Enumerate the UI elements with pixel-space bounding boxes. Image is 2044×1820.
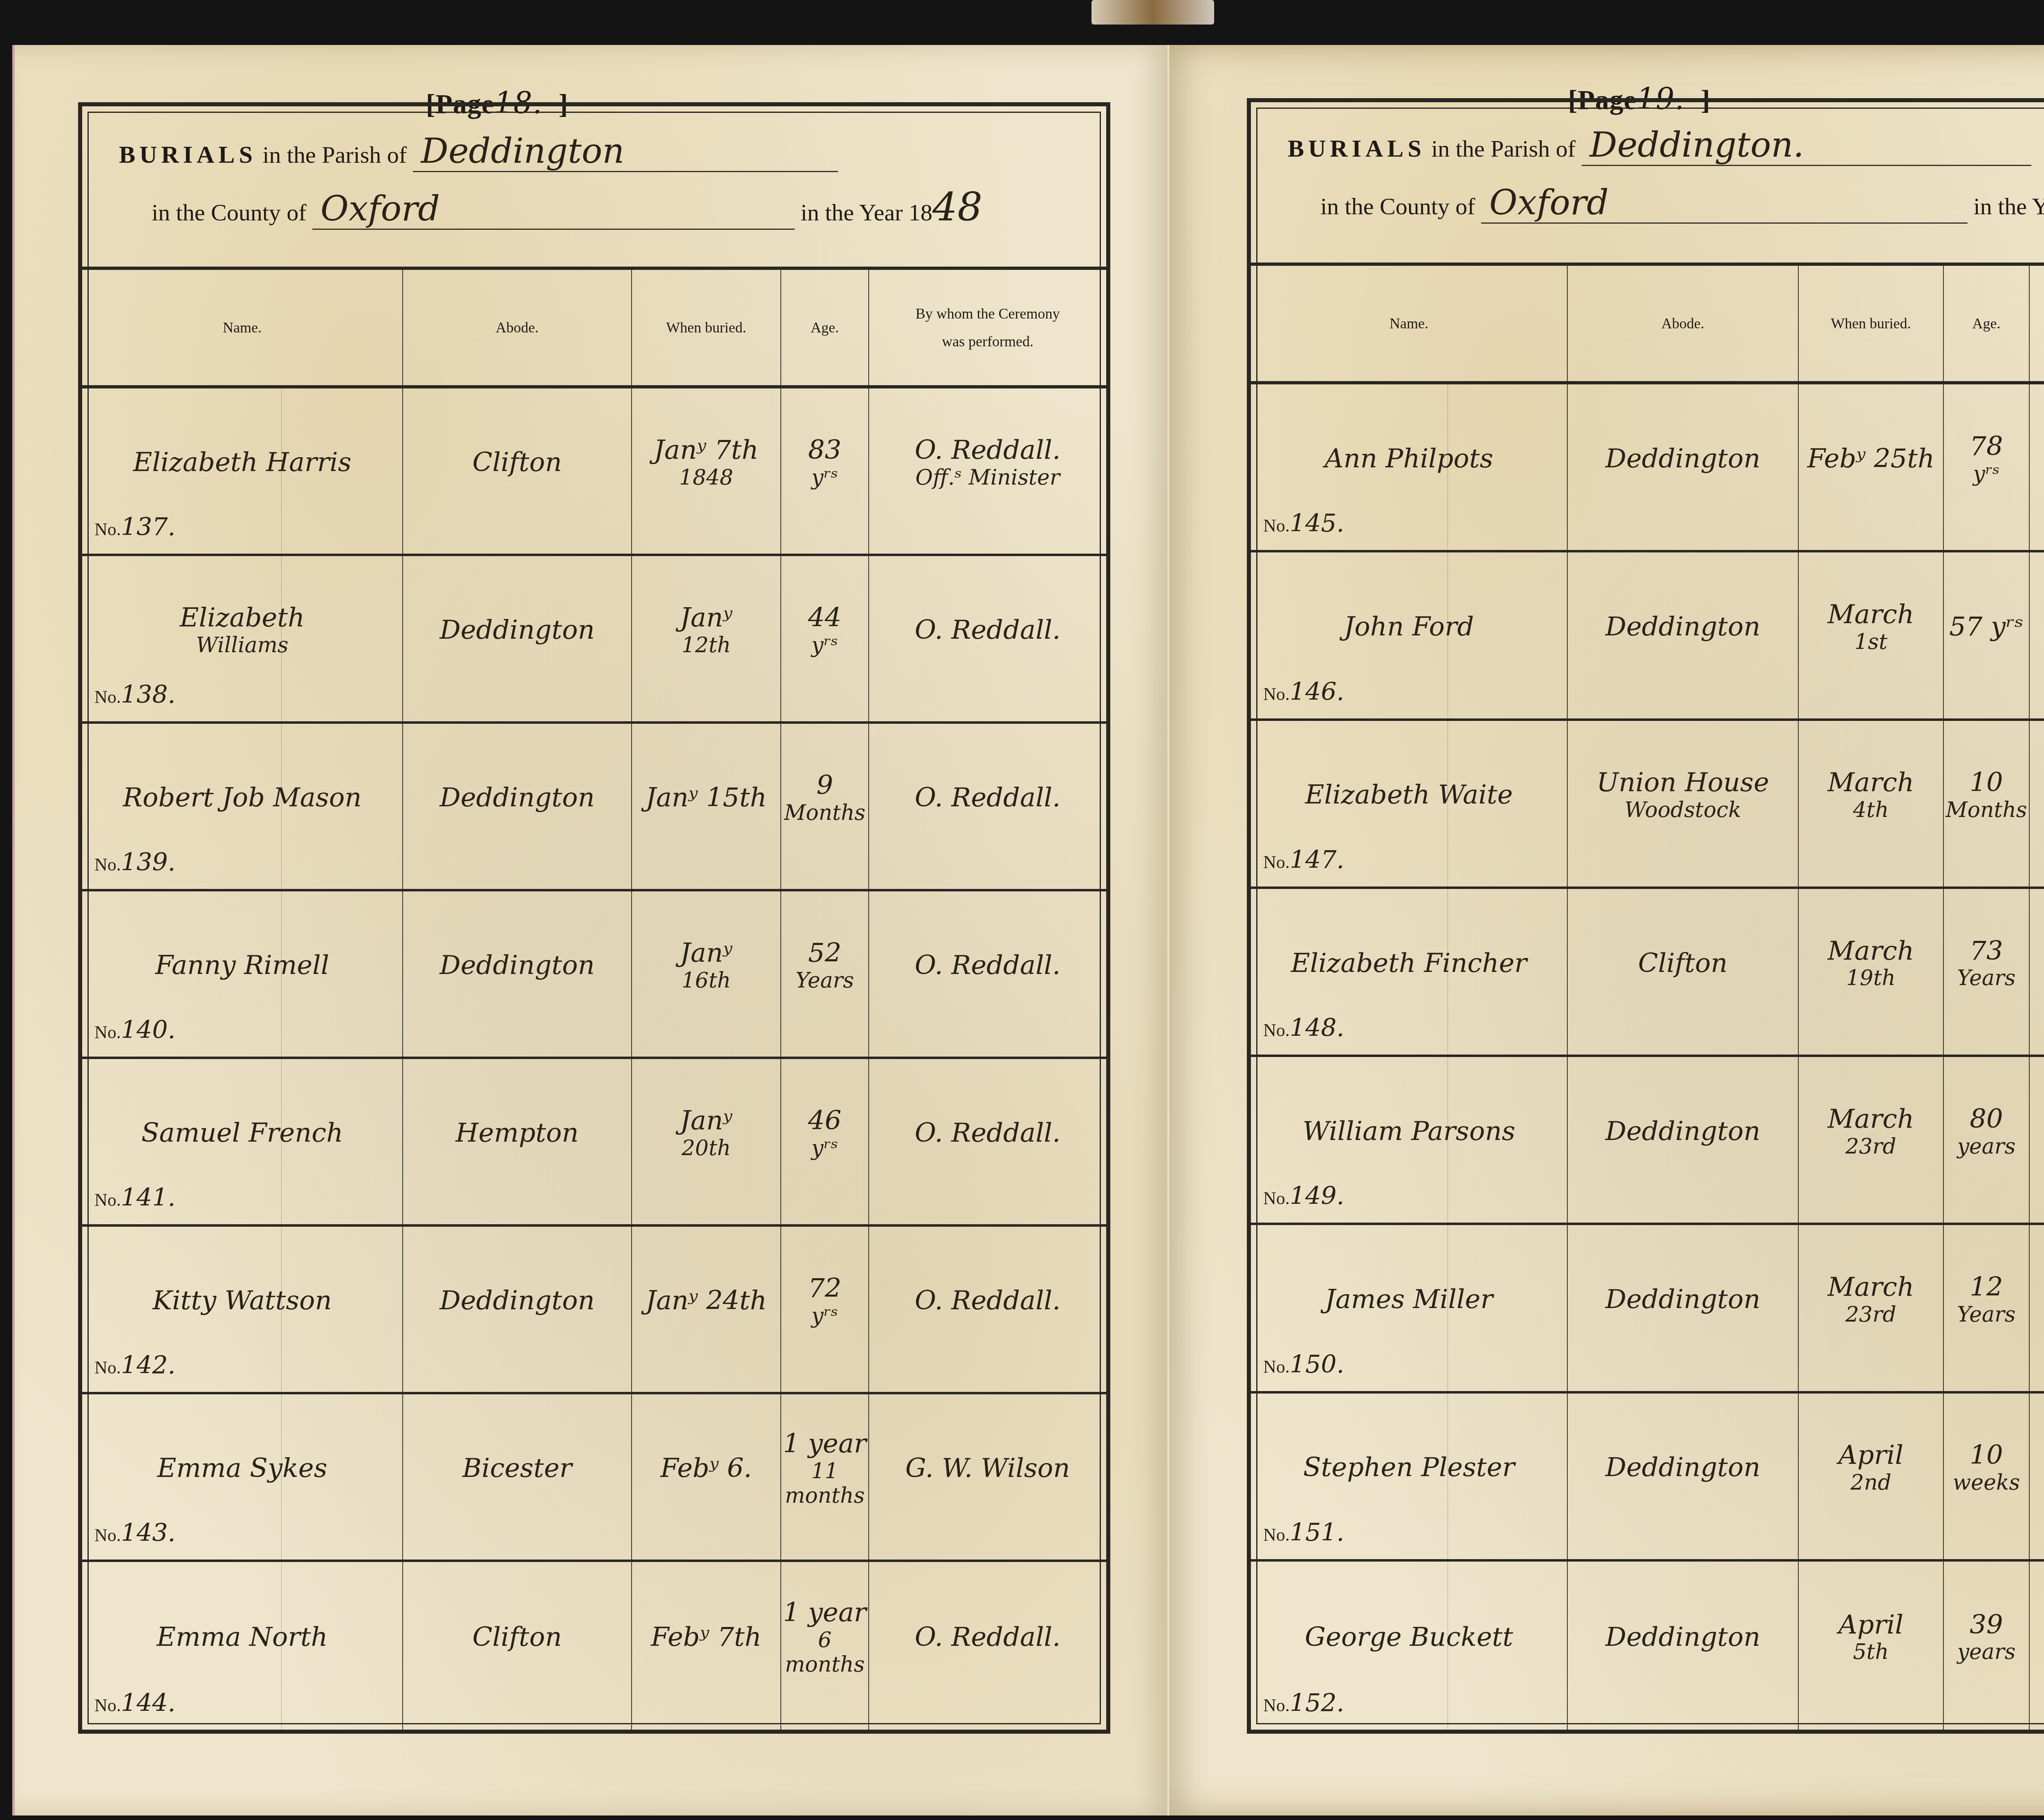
when-buried-cell: Febʸ 6. <box>632 1394 781 1560</box>
abode-cell: Deddington <box>403 1227 632 1392</box>
entry-number: No.141. <box>94 1184 175 1212</box>
burial-register-table: BURIALS in the Parish of Deddington in t… <box>78 102 1110 1734</box>
age-cell: 72yʳˢ <box>781 1227 869 1392</box>
column-header-age: Age. <box>1944 266 2030 381</box>
name-cell: Ann PhilpotsNo.145. <box>1251 384 1568 550</box>
table-row: Fanny RimellNo.140.DeddingtonJanʸ16th52Y… <box>82 891 1106 1059</box>
column-header-name: Name. <box>82 270 403 385</box>
parish-field: Deddington <box>413 131 838 172</box>
when-buried-cell: Janʸ 24th <box>632 1227 781 1392</box>
abode-cell: Clifton <box>403 388 632 554</box>
burials-heading: BURIALS <box>119 141 257 168</box>
column-headers: Name. Abode. When buried. Age. By whom t… <box>1251 266 2044 384</box>
table-row: Kitty WattsonNo.142.DeddingtonJanʸ 24th7… <box>82 1227 1106 1394</box>
burial-register-table: BURIALS in the Parish of Deddington. in … <box>1247 98 2044 1734</box>
table-row: Elizabeth WaiteNo.147.Union HouseWoodsto… <box>1251 721 2044 889</box>
faint-column-rule <box>281 724 282 889</box>
abode-cell: Deddington <box>1568 1562 1799 1730</box>
abode-cell: Deddington <box>403 891 632 1057</box>
when-buried-cell: April2nd <box>1799 1394 1944 1559</box>
column-header-abode: Abode. <box>1568 266 1799 381</box>
faint-column-rule <box>1448 1225 1448 1391</box>
table-row: Samuel FrenchNo.141.HemptonJanʸ20th46yʳˢ… <box>82 1059 1106 1227</box>
column-header-age: Age. <box>781 270 869 385</box>
column-header-when-buried: When buried. <box>632 270 781 385</box>
faint-column-rule <box>281 1227 282 1392</box>
table-row: William ParsonsNo.149.DeddingtonMarch23r… <box>1251 1057 2044 1225</box>
when-buried-cell: Janʸ20th <box>632 1059 781 1224</box>
when-buried-cell: Janʸ12th <box>632 556 781 721</box>
table-row: ElizabethWilliamsNo.138.DeddingtonJanʸ12… <box>82 556 1106 724</box>
abode-cell: Hempton <box>403 1059 632 1224</box>
faint-column-rule <box>1448 384 1448 550</box>
table-row: Ann PhilpotsNo.145.DeddingtonFebʸ 25th78… <box>1251 384 2044 552</box>
officiant-cell: O. Reddall. <box>869 891 1106 1057</box>
when-buried-cell: March23rd <box>1799 1225 1944 1391</box>
faint-column-rule <box>281 388 282 554</box>
table-row: Stephen PlesterNo.151.DeddingtonApril2nd… <box>1251 1394 2044 1562</box>
age-cell: 80years <box>1944 1057 2030 1223</box>
officiant-cell: J. Wenham <box>2030 1225 2044 1391</box>
age-cell: 9Months <box>781 724 869 889</box>
entry-number: No.146. <box>1263 678 1344 706</box>
faint-column-rule <box>1448 1394 1448 1559</box>
officiant-cell: J. Wenham <box>2030 721 2044 886</box>
faint-column-rule <box>1448 1057 1448 1223</box>
name-cell: Kitty WattsonNo.142. <box>82 1227 403 1392</box>
name-cell: Elizabeth FincherNo.148. <box>1251 889 1568 1055</box>
officiant-cell: O. Reddall.Off.ˢ Minister <box>2030 384 2044 550</box>
officiant-cell: O. Reddall. <box>869 1059 1106 1224</box>
entries: Ann PhilpotsNo.145.DeddingtonFebʸ 25th78… <box>1251 384 2044 1730</box>
abode-cell: Clifton <box>403 1562 632 1730</box>
faint-column-rule <box>281 1562 282 1730</box>
when-buried-cell: Janʸ16th <box>632 891 781 1057</box>
name-cell: ElizabethWilliamsNo.138. <box>82 556 403 721</box>
age-cell: 39years <box>1944 1562 2030 1730</box>
age-cell: 10weeks <box>1944 1394 2030 1559</box>
when-buried-cell: April5th <box>1799 1562 1944 1730</box>
county-field: Oxford <box>1481 182 1968 224</box>
age-cell: 57 yʳˢ <box>1944 552 2030 718</box>
abode-cell: Bicester <box>403 1394 632 1560</box>
when-buried-cell: March1st <box>1799 552 1944 718</box>
abode-cell: Deddington <box>403 556 632 721</box>
name-cell: William ParsonsNo.149. <box>1251 1057 1568 1223</box>
age-cell: 1 year11 months <box>781 1394 869 1560</box>
faint-column-rule <box>281 556 282 721</box>
entry-number: No.144. <box>94 1689 175 1717</box>
entry-number: No.139. <box>94 848 175 877</box>
column-header-when-buried: When buried. <box>1799 266 1944 381</box>
column-header-officiant: By whom the Ceremony was performed. <box>869 270 1106 385</box>
table-row: Elizabeth FincherNo.148.CliftonMarch19th… <box>1251 889 2044 1057</box>
entry-number: No.147. <box>1263 846 1344 874</box>
entry-number: No.148. <box>1263 1014 1344 1042</box>
when-buried-cell: March23rd <box>1799 1057 1944 1223</box>
officiant-cell: J. Wenham <box>2030 889 2044 1055</box>
when-buried-cell: Febʸ 25th <box>1799 384 1944 550</box>
officiant-cell: O. Reddall. <box>869 724 1106 889</box>
column-header-name: Name. <box>1251 266 1568 381</box>
age-cell: 73Years <box>1944 889 2030 1055</box>
name-cell: George BuckettNo.152. <box>1251 1562 1568 1730</box>
table-row: Emma NorthNo.144.CliftonFebʸ 7th1 year6 … <box>82 1562 1106 1730</box>
name-cell: James MillerNo.150. <box>1251 1225 1568 1391</box>
table-row: Emma SykesNo.143.BicesterFebʸ 6.1 year11… <box>82 1394 1106 1562</box>
name-cell: Elizabeth HarrisNo.137. <box>82 388 403 554</box>
entry-number: No.145. <box>1263 509 1344 538</box>
name-cell: Emma SykesNo.143. <box>82 1394 403 1560</box>
entry-number: No.149. <box>1263 1182 1344 1210</box>
name-cell: Robert Job MasonNo.139. <box>82 724 403 889</box>
register-title: BURIALS in the Parish of Deddington. in … <box>1251 102 2044 266</box>
entry-number: No.137. <box>94 513 175 541</box>
age-cell: 10Months <box>1944 721 2030 886</box>
officiant-cell: J. Wenham <box>2030 1057 2044 1223</box>
abode-cell: Union HouseWoodstock <box>1568 721 1799 886</box>
officiant-cell: O. Reddall. <box>869 556 1106 721</box>
name-cell: Stephen PlesterNo.151. <box>1251 1394 1568 1559</box>
name-cell: Elizabeth WaiteNo.147. <box>1251 721 1568 886</box>
right-page: [Page19.] BURIALS in the Parish of Deddi… <box>1169 45 2044 1816</box>
officiant-cell: J. WenhamOff. Min. <box>2030 552 2044 718</box>
age-cell: 78yʳˢ <box>1944 384 2030 550</box>
name-cell: Fanny RimellNo.140. <box>82 891 403 1057</box>
faint-column-rule <box>1448 552 1448 718</box>
faint-column-rule <box>1448 889 1448 1055</box>
when-buried-cell: March4th <box>1799 721 1944 886</box>
column-header-officiant: By whom the Ceremony was performed. <box>2030 266 2044 381</box>
name-cell: Samuel FrenchNo.141. <box>82 1059 403 1224</box>
officiant-cell: O. Reddall. <box>869 1562 1106 1730</box>
age-cell: 46yʳˢ <box>781 1059 869 1224</box>
age-cell: 52Years <box>781 891 869 1057</box>
age-cell: 1 year6 months <box>781 1562 869 1730</box>
officiant-cell: O. Reddall. <box>869 1227 1106 1392</box>
book-binding <box>1091 0 1214 25</box>
when-buried-cell: Janʸ 7th1848 <box>632 388 781 554</box>
officiant-cell: G. W. Wilson <box>869 1394 1106 1560</box>
entries: Elizabeth HarrisNo.137.CliftonJanʸ 7th18… <box>82 388 1106 1730</box>
abode-cell: Deddington <box>1568 1057 1799 1223</box>
abode-cell: Deddington <box>1568 1225 1799 1391</box>
officiant-cell: J. Wenham <box>2030 1562 2044 1730</box>
table-row: George BuckettNo.152.DeddingtonApril5th3… <box>1251 1562 2044 1730</box>
entry-number: No.150. <box>1263 1351 1344 1379</box>
abode-cell: Deddington <box>1568 552 1799 718</box>
faint-column-rule <box>1448 1562 1448 1730</box>
age-cell: 83yʳˢ <box>781 388 869 554</box>
age-cell: 44yʳˢ <box>781 556 869 721</box>
name-cell: John FordNo.146. <box>1251 552 1568 718</box>
abode-cell: Deddington <box>403 724 632 889</box>
faint-column-rule <box>281 891 282 1057</box>
faint-column-rule <box>281 1394 282 1560</box>
age-cell: 12Years <box>1944 1225 2030 1391</box>
column-headers: Name. Abode. When buried. Age. By whom t… <box>82 270 1106 388</box>
abode-cell: Deddington <box>1568 384 1799 550</box>
officiant-cell: O. Reddall.Off.ˢ Minister <box>869 388 1106 554</box>
left-page: [Page18.] BURIALS in the Parish of Deddi… <box>12 45 1172 1816</box>
entry-number: No.143. <box>94 1519 175 1547</box>
entry-number: No.152. <box>1263 1689 1344 1717</box>
parish-field: Deddington. <box>1582 125 2031 166</box>
open-register-book: [Page18.] BURIALS in the Parish of Deddi… <box>12 45 2044 1816</box>
faint-column-rule <box>1448 721 1448 886</box>
register-title: BURIALS in the Parish of Deddington in t… <box>82 106 1106 270</box>
table-row: Robert Job MasonNo.139.DeddingtonJanʸ 15… <box>82 724 1106 891</box>
faint-column-rule <box>281 1059 282 1224</box>
table-row: Elizabeth HarrisNo.137.CliftonJanʸ 7th18… <box>82 388 1106 556</box>
entry-number: No.142. <box>94 1351 175 1380</box>
when-buried-cell: Janʸ 15th <box>632 724 781 889</box>
when-buried-cell: March19th <box>1799 889 1944 1055</box>
year-field: 48 <box>932 184 982 230</box>
table-row: James MillerNo.150.DeddingtonMarch23rd12… <box>1251 1225 2044 1393</box>
county-field: Oxford <box>312 189 795 230</box>
entry-number: No.151. <box>1263 1519 1344 1547</box>
burials-heading: BURIALS <box>1288 135 1425 162</box>
name-cell: Emma NorthNo.144. <box>82 1562 403 1730</box>
when-buried-cell: Febʸ 7th <box>632 1562 781 1730</box>
abode-cell: Clifton <box>1568 889 1799 1055</box>
entry-number: No.140. <box>94 1016 175 1044</box>
table-row: John FordNo.146.DeddingtonMarch1st57 yʳˢ… <box>1251 552 2044 720</box>
column-header-abode: Abode. <box>403 270 632 385</box>
officiant-cell: J. Wenham <box>2030 1394 2044 1559</box>
entry-number: No.138. <box>94 681 175 709</box>
abode-cell: Deddington <box>1568 1394 1799 1559</box>
